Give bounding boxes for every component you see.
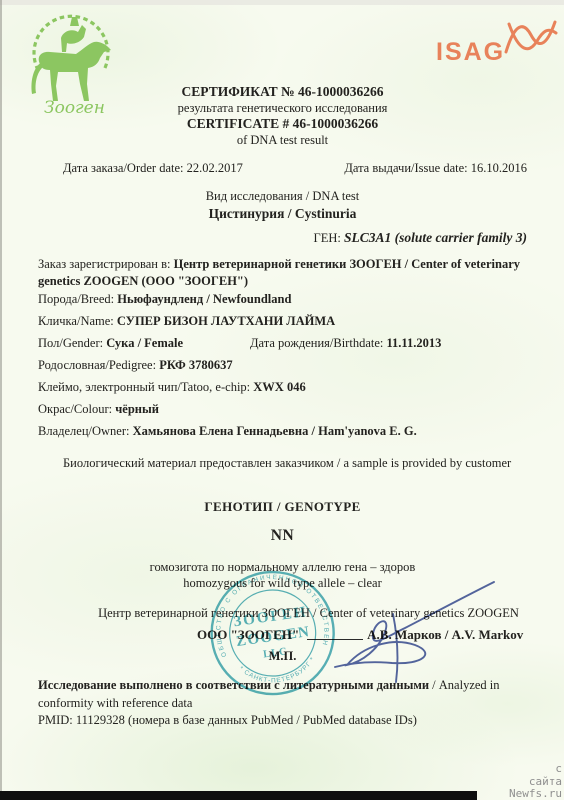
field-birthdate: Дата рождения/Birthdate: 11.11.2013 (250, 336, 441, 350)
genotype-value: NN (38, 527, 527, 544)
title-block: СЕРТИФИКАТ № 46-1000036266 результата ге… (38, 84, 527, 148)
analysis-note: Исследование выполнено в соответствии с … (38, 677, 510, 730)
field-name: Кличка/Name: СУПЕР БИЗОН ЛАУТХАНИ ЛАЙМА (38, 314, 527, 328)
certificate-subtitle-ru: результата генетического исследования (38, 100, 527, 116)
tatoo-label: Клеймо, электронный чип/Tatoo, e-chip: (38, 380, 250, 394)
gender-value: Сука / Female (106, 336, 183, 350)
order-date-label: Дата заказа/Order date: (63, 161, 183, 175)
gender-label: Пол/Gender: (38, 336, 103, 350)
dates-row: Дата заказа/Order date: 22.02.2017 Дата … (38, 161, 527, 176)
signature-line (307, 627, 363, 640)
genotype-description: гомозигота по нормальному аллелю гена – … (38, 560, 527, 591)
field-owner: Владелец/Owner: Хамьянова Елена Геннадье… (38, 424, 527, 438)
owner-value: Хамьянова Елена Геннадьевна / Ham'yanova… (133, 424, 417, 438)
watermark-line3: Newfs.ru (509, 788, 562, 800)
owner-label: Владелец/Owner: (38, 424, 129, 438)
breed-label: Порода/Breed: (38, 292, 114, 306)
analysis-ru: Исследование выполнено в соответствии с … (38, 678, 429, 692)
birthdate-label: Дата рождения/Birthdate: (250, 336, 383, 350)
certificate-content: СЕРТИФИКАТ № 46-1000036266 результата ге… (0, 0, 564, 730)
pedigree-label: Родословная/Pedigree: (38, 358, 156, 372)
certificate-title-en: CERTIFICATE # 46-1000036266 (38, 116, 527, 132)
company-name: ООО "ЗООГЕН" (197, 627, 299, 642)
order-date: Дата заказа/Order date: 22.02.2017 (63, 161, 243, 176)
field-gender: Пол/Gender: Сука / Female (38, 336, 250, 350)
name-value: СУПЕР БИЗОН ЛАУТХАНИ ЛАЙМА (117, 314, 335, 328)
scan-artifact-bar (0, 791, 477, 800)
issue-date-value: 16.10.2016 (471, 161, 527, 175)
test-name-line: Цистинурия / Cystinuria (38, 206, 527, 222)
seal-mark: М.П. (38, 649, 527, 664)
breed-value: Ньюфаундленд / Newfoundland (117, 292, 291, 306)
genotype-desc-en: homozygous for wild type allele – clear (38, 576, 527, 592)
registration-label: Заказ зарегистрирован в: (38, 257, 170, 271)
analysis-text: Исследование выполнено в соответствии с … (38, 677, 510, 712)
order-date-value: 22.02.2017 (187, 161, 243, 175)
field-pedigree: Родословная/Pedigree: РКФ 3780637 (38, 358, 527, 372)
certificate-subtitle-en: of DNA test result (38, 132, 527, 148)
name-label: Кличка/Name: (38, 314, 114, 328)
genotype-desc-ru: гомозигота по нормальному аллелю гена – … (38, 560, 527, 576)
test-kind-line: Вид исследования / DNA test (38, 189, 527, 204)
field-breed: Порода/Breed: Ньюфаундленд / Newfoundlan… (38, 292, 527, 306)
pedigree-value: РКФ 3780637 (159, 358, 232, 372)
field-tatoo: Клеймо, электронный чип/Tatoo, e-chip: X… (38, 380, 527, 394)
issue-date: Дата выдачи/Issue date: 16.10.2016 (344, 161, 527, 176)
gene-label: ГЕН: (314, 231, 341, 245)
genotype-heading: ГЕНОТИП / GENOTYPE (38, 499, 527, 514)
birthdate-value: 11.11.2013 (387, 336, 442, 350)
field-gender-birthdate: Пол/Gender: Сука / Female Дата рождения/… (38, 336, 527, 350)
signature-row: ООО "ЗООГЕН" А.В. Марков / A.V. Markov (197, 627, 527, 643)
site-watermark: с сайта Newfs.ru (509, 763, 562, 800)
colour-label: Окрас/Colour: (38, 402, 112, 416)
certificate-scan: Зооген ISAG СЕРТИФИКАТ № 46-1000036266 р… (0, 0, 564, 800)
signer-name: А.В. Марков / A.V. Markov (367, 627, 523, 642)
issue-date-label: Дата выдачи/Issue date: (344, 161, 467, 175)
gene-line: ГЕН: SLC3A1 (solute carrier family 3) (38, 230, 527, 246)
tatoo-value: XWX 046 (253, 380, 305, 394)
registration-line: Заказ зарегистрирован в: Центр ветеринар… (38, 256, 527, 290)
sample-note: Биологический материал предоставлен зака… (38, 456, 527, 471)
pmid-line: PMID: 11129328 (номера в базе данных Pub… (38, 712, 510, 730)
watermark-line1: с (509, 763, 562, 776)
certificate-title-ru: СЕРТИФИКАТ № 46-1000036266 (38, 84, 527, 100)
colour-value: чёрный (115, 402, 159, 416)
field-colour: Окрас/Colour: чёрный (38, 402, 527, 416)
org-line: Центр ветеринарной генетики ЗООГЕН / Cen… (38, 606, 527, 621)
gene-value: SLC3A1 (solute carrier family 3) (344, 230, 527, 245)
